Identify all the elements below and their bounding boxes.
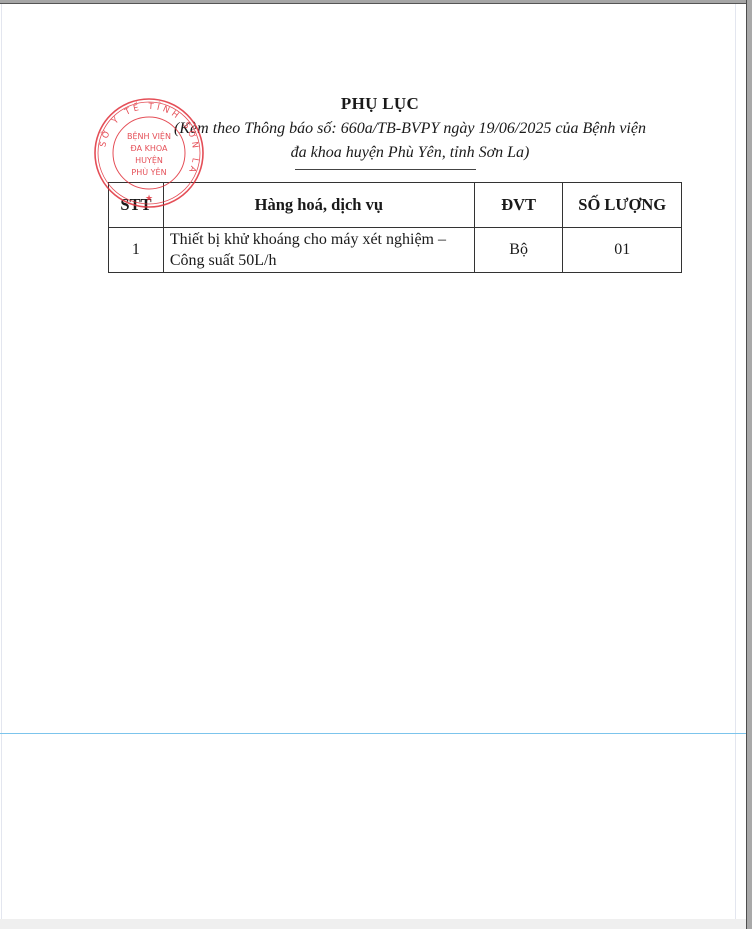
viewer-bottom-strip <box>0 919 746 929</box>
document-title: PHỤ LỤC <box>0 94 752 114</box>
item-line-1: Thiết bị khử khoáng cho máy xét nghiệm – <box>170 229 474 250</box>
cell-item: Thiết bị khử khoáng cho máy xét nghiệm –… <box>163 228 474 273</box>
cell-quantity: 01 <box>563 228 682 273</box>
subtitle-line-2: đa khoa huyện Phù Yên, tỉnh Sơn La) <box>140 141 680 165</box>
header-unit: ĐVT <box>474 183 563 228</box>
subtitle-line-1: (Kèm theo Thông báo số: 660a/TB-BVPY ngà… <box>140 117 680 141</box>
document-subtitle: (Kèm theo Thông báo số: 660a/TB-BVPY ngà… <box>140 117 680 165</box>
cell-unit: Bộ <box>474 228 563 273</box>
item-line-2: Công suất 50L/h <box>170 250 474 271</box>
table-header-row: STT Hàng hoá, dịch vụ ĐVT SỐ LƯỢNG <box>109 183 682 228</box>
header-item: Hàng hoá, dịch vụ <box>163 183 474 228</box>
header-stt: STT <box>109 183 164 228</box>
viewer-top-frame <box>0 0 752 4</box>
title-separator <box>295 169 476 170</box>
margin-guide-right <box>735 4 736 919</box>
items-table: STT Hàng hoá, dịch vụ ĐVT SỐ LƯỢNG 1 Thi… <box>108 182 682 273</box>
header-quantity: SỐ LƯỢNG <box>563 183 682 228</box>
stamp-center-line: PHÙ YÊN <box>131 166 166 177</box>
cell-stt: 1 <box>109 228 164 273</box>
viewer-right-frame <box>746 0 752 929</box>
page-break-line <box>0 733 746 734</box>
margin-guide-left <box>1 4 2 919</box>
table-row: 1 Thiết bị khử khoáng cho máy xét nghiệm… <box>109 228 682 273</box>
